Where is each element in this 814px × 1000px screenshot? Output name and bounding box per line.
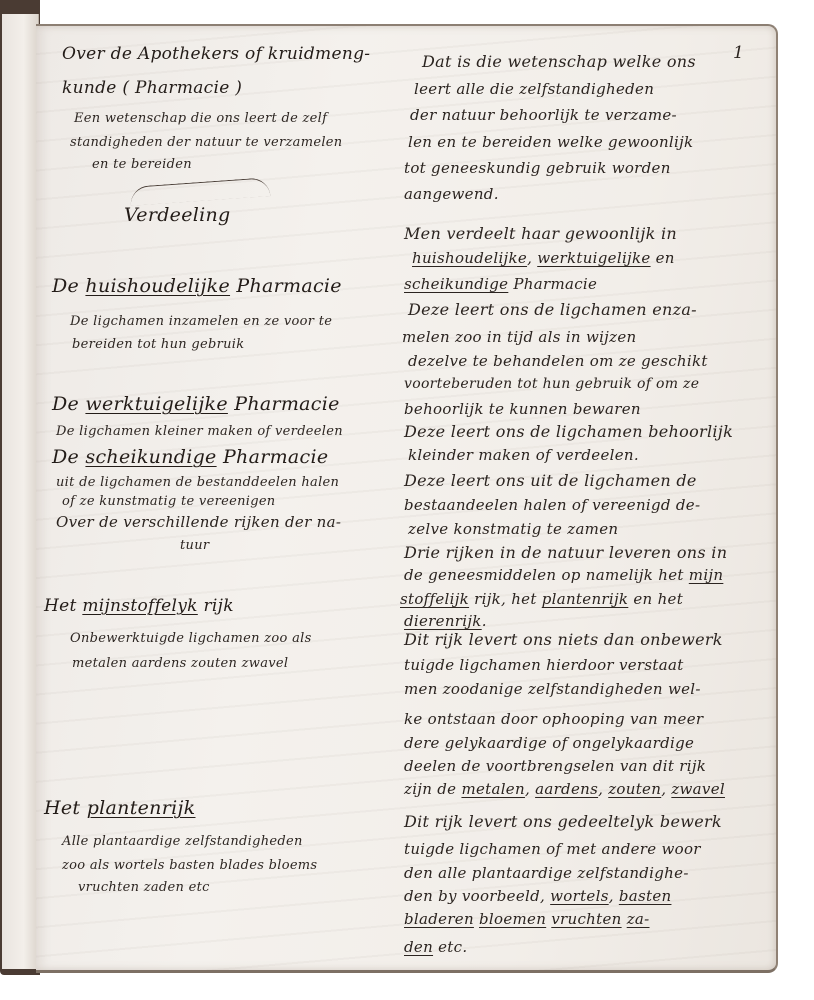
section-heading-scheikundige: De scheikundige Pharmacie (52, 446, 328, 468)
text: etc. (433, 938, 467, 956)
separator: , (598, 780, 608, 798)
right-text-line: kleinder maken of verdeelen. (408, 446, 639, 464)
previous-page-edge (2, 14, 39, 969)
right-text-line: voorteberuden tot hun gebruik of om ze (404, 376, 699, 392)
section-note: Over de verschillende rijken der na- (56, 513, 341, 531)
right-text-line: len en te bereiden welke gewoonlijk (408, 133, 693, 151)
right-text-line: deelen de voortbrengselen van dit rijk (404, 757, 706, 775)
section-note: Onbewerktuigde ligchamen zoo als (70, 631, 312, 646)
underlined-term: dierenrijk (404, 612, 482, 630)
right-text-line: aangewend. (404, 185, 499, 203)
right-text-line: den etc. (404, 938, 467, 956)
underlined-term: metalen (461, 780, 525, 798)
section-heading-werktuigelijke: De werktuigelijke Pharmacie (52, 393, 340, 415)
section-note: De ligchamen kleiner maken of verdeelen (56, 424, 343, 439)
underlined-term: za- (627, 910, 650, 928)
heading-underlined: plantenrijk (87, 797, 196, 819)
heading-underlined: mijnstoffelyk (82, 596, 197, 616)
heading-underlined: huishoudelijke (85, 275, 230, 297)
right-text-line: den alle plantaardige zelfstandighe- (404, 864, 689, 882)
right-text-line: Dit rijk levert ons niets dan onbewerk (404, 630, 723, 649)
text: . (482, 612, 487, 630)
underlined-term: aardens (535, 780, 598, 798)
separator: , (661, 780, 671, 798)
underlined-term: bloemen (479, 910, 546, 928)
section-note: tuur (180, 538, 209, 553)
section-note: bereiden tot hun gebruik (72, 337, 244, 352)
right-text-line: tuigde ligchamen of met andere woor (404, 840, 701, 858)
text: Pharmacie (508, 275, 597, 293)
right-text-line: Deze leert ons de ligchamen enza- (408, 300, 697, 319)
underlined-term: mijn (689, 566, 724, 584)
right-text-line: stoffelijk rijk, het plantenrijk en het (400, 590, 683, 608)
section-heading-mijnstoffelyk: Het mijnstoffelyk rijk (44, 596, 234, 616)
title-line-1: Over de Apothekers of kruidmeng- (62, 44, 370, 64)
text: den by voorbeeld, (404, 887, 550, 905)
definition-note-line: Een wetenschap die ons leert de zelf (74, 111, 327, 126)
right-text-line: Deze leert ons uit de ligchamen de (404, 471, 697, 490)
title-line-2: kunde ( Pharmacie ) (62, 78, 242, 98)
right-text-line: de geneesmiddelen op namelijk het mijn (404, 566, 723, 584)
separator: , (527, 249, 537, 267)
section-note: of ze kunstmatig te vereenigen (62, 494, 275, 509)
right-text-line: men zoodanige zelfstandigheden wel- (404, 680, 701, 698)
text: de geneesmiddelen op namelijk het (404, 566, 689, 584)
right-text-line: zijn de metalen, aardens, zouten, zwavel (404, 780, 725, 798)
division-line-2: huishoudelijke, werktuigelijke en (412, 249, 675, 267)
heading-prefix: Het (44, 596, 82, 616)
right-text-line: dezelve te behandelen om ze geschikt (408, 352, 708, 370)
underlined-term: werktuigelijke (537, 249, 650, 267)
heading-prefix: De (52, 393, 85, 415)
right-text-line: Drie rijken in de natuur leveren ons in (404, 543, 727, 562)
text: rijk, het (469, 590, 542, 608)
underlined-term: den (404, 938, 433, 956)
heading-prefix: De (52, 275, 85, 297)
underlined-term: huishoudelijke (412, 249, 527, 267)
right-text-line: Dat is die wetenschap welke ons (422, 52, 696, 71)
text: en het (628, 590, 683, 608)
right-text-line: den by voorbeeld, wortels, basten (404, 887, 671, 905)
separator: , (525, 780, 535, 798)
text: zijn de (404, 780, 461, 798)
underlined-term: zouten (608, 780, 661, 798)
underlined-term: scheikundige (404, 275, 508, 293)
right-text-line: der natuur behoorlijk te verzame- (410, 106, 677, 124)
section-note: zoo als wortels basten blades bloems (62, 858, 317, 873)
definition-note-line: standigheden der natuur te verzamelen (70, 135, 342, 150)
heading-underlined: scheikundige (85, 446, 216, 468)
heading-underlined: werktuigelijke (85, 393, 227, 415)
underlined-term: vruchten (551, 910, 621, 928)
right-text-line: Dit rijk levert ons gedeeltelyk bewerk (404, 812, 722, 831)
heading-suffix: Pharmacie (217, 446, 329, 468)
right-text-line: Deze leert ons de ligchamen behoorlijk (404, 422, 733, 441)
division-heading: Verdeeling (124, 204, 231, 226)
section-heading-huishoudelijke: De huishoudelijke Pharmacie (52, 275, 342, 297)
right-text-line: zelve konstmatig te zamen (408, 520, 618, 538)
section-note: Alle plantaardige zelfstandigheden (62, 834, 303, 849)
heading-prefix: De (52, 446, 85, 468)
underlined-term: bladeren (404, 910, 474, 928)
heading-suffix: rijk (198, 596, 234, 616)
division-line-3: scheikundige Pharmacie (404, 275, 597, 293)
separator: , (609, 887, 619, 905)
text: en (651, 249, 675, 267)
underlined-term: stoffelijk (400, 590, 469, 608)
right-text-line: tot geneeskundig gebruik worden (404, 159, 671, 177)
right-text-line: behoorlijk te kunnen bewaren (404, 400, 641, 418)
right-text-line: dierenrijk. (404, 612, 487, 630)
right-text-line: leert alle die zelfstandigheden (414, 80, 654, 98)
heading-suffix: Pharmacie (228, 393, 340, 415)
section-note: vruchten zaden etc (78, 880, 210, 895)
section-heading-plantenrijk: Het plantenrijk (44, 797, 196, 819)
right-text-line: bladeren bloemen vruchten za- (404, 910, 650, 928)
underlined-term: wortels (550, 887, 609, 905)
underlined-term: basten (619, 887, 672, 905)
underlined-term: plantenrijk (542, 590, 629, 608)
underlined-term: zwavel (671, 780, 725, 798)
right-text-line: bestaandeelen halen of vereenigd de- (404, 496, 700, 514)
definition-note-line: en te bereiden (92, 157, 192, 172)
right-text-line: melen zoo in tijd als in wijzen (402, 328, 636, 346)
heading-suffix: Pharmacie (230, 275, 342, 297)
page-number: 1 (733, 43, 744, 63)
right-text-line: tuigde ligchamen hierdoor verstaat (404, 656, 684, 674)
section-note: De ligchamen inzamelen en ze voor te (70, 314, 332, 329)
heading-prefix: Het (44, 797, 87, 819)
right-text-line: dere gelykaardige of ongelykaardige (404, 734, 694, 752)
right-text-line: ke ontstaan door ophooping van meer (404, 710, 703, 728)
section-note: metalen aardens zouten zwavel (72, 656, 288, 671)
section-note: uit de ligchamen de bestanddeelen halen (56, 475, 339, 490)
division-line-1: Men verdeelt haar gewoonlijk in (404, 224, 677, 243)
